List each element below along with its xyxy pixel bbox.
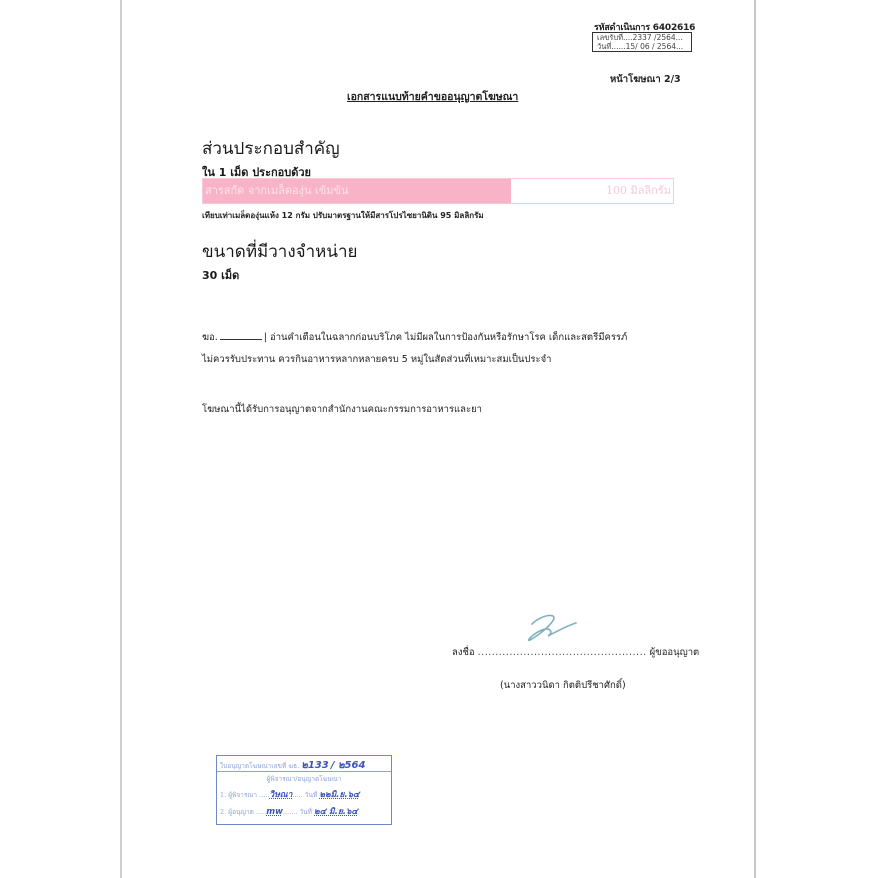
warning-line-2: ไม่ควรรับประทาน ควรกินอาหารหลากหลายครบ 5… xyxy=(202,352,552,367)
stamp-license-row: ใบอนุญาตโฆษณาเลขที่ ฆธ. ๒133 / ๒564 xyxy=(217,756,391,772)
sign-label: ลงชื่อ xyxy=(452,647,475,658)
approval-statement: โฆษณานี้ได้รับการอนุญาตจากสำนักงานคณะกรร… xyxy=(202,402,482,417)
size-heading: ขนาดที่มีวางจำหน่าย xyxy=(202,238,357,265)
page-number: หน้าโฆษณา 2/3 xyxy=(610,72,681,87)
receipt-box: เลขรับที่....2337 /2564... วันที่......1… xyxy=(592,32,692,52)
receipt-date-label: วันที่ xyxy=(597,42,611,51)
signer-role: ผู้ขออนุญาต xyxy=(650,647,700,658)
ingredient-equivalence-note: เทียบเท่าเมล็ดองุ่นแห้ง 12 กรัม ปรับมาตร… xyxy=(202,209,484,222)
stamp-reviewer-label: 1. ผู้พิจารณา xyxy=(220,791,257,799)
stamp-reviewer-date: ๒๒มิ.ย.๖๔ xyxy=(319,790,359,800)
stamp-approver-signature: mw xyxy=(266,807,283,817)
warning-text-1: | อ่านคำเตือนในฉลากก่อนบริโภค ไม่มีผลในก… xyxy=(264,332,628,343)
license-number-blank xyxy=(220,330,262,340)
stamp-license-year: / ๒564 xyxy=(331,760,366,771)
stamp-reviewer-date-label: วันที่ xyxy=(305,791,317,799)
stamp-license-number: ๒133 xyxy=(301,760,328,771)
signature-dots: ........................................… xyxy=(478,647,647,658)
stamp-license-label: ใบอนุญาตโฆษณาเลขที่ ฆธ. xyxy=(220,762,299,770)
warning-line-1: ฆอ.| อ่านคำเตือนในฉลากก่อนบริโภค ไม่มีผล… xyxy=(202,330,627,345)
signer-name: (นางสาววนิดา กิตติปรีชาศักดิ์) xyxy=(500,678,626,693)
stamp-approver-date: ๒๔ มิ.ย.๖๔ xyxy=(314,807,358,817)
stamp-section-label: ผู้พิจารณา/อนุญาตโฆษณา xyxy=(217,772,391,784)
signature-line: ลงชื่อ .................................… xyxy=(452,645,699,660)
approval-stamp: ใบอนุญาตโฆษณาเลขที่ ฆธ. ๒133 / ๒564 ผู้พ… xyxy=(216,755,392,825)
ingredient-amount: 100 มิลลิกรัม xyxy=(511,179,673,203)
signature-scribble-icon xyxy=(512,610,582,645)
document-title: เอกสารแนบท้ายคำขออนุญาตโฆษณา xyxy=(347,88,518,105)
ingredient-name: สารสกัด จากเมล็ดองุ่น เข้มข้น xyxy=(203,179,511,203)
receipt-date-value: 15/ 06 / 2564 xyxy=(626,42,676,51)
stamp-approver-label: 2. ผู้อนุญาต xyxy=(220,808,254,816)
warning-prefix: ฆอ. xyxy=(202,332,218,343)
stamp-reviewer-row: 1. ผู้พิจารณา .....วิษณา..... วันที่ ๒๒ม… xyxy=(217,787,391,801)
ingredient-row: สารสกัด จากเมล็ดองุ่น เข้มข้น 100 มิลลิก… xyxy=(202,178,674,204)
receipt-date-row: วันที่......15/ 06 / 2564... xyxy=(597,43,687,52)
stamp-approver-row: 2. ผู้อนุญาต .....mw....... วันที่ ๒๔ มิ… xyxy=(217,804,391,818)
stamp-reviewer-signature: วิษณา xyxy=(269,790,292,800)
document-page: รหัสดำเนินการ 6402616 เลขรับที่....2337 … xyxy=(120,0,756,878)
size-value: 30 เม็ด xyxy=(202,266,239,284)
stamp-approver-date-label: วันที่ xyxy=(300,808,312,816)
ingredients-heading: ส่วนประกอบสำคัญ xyxy=(202,135,340,162)
